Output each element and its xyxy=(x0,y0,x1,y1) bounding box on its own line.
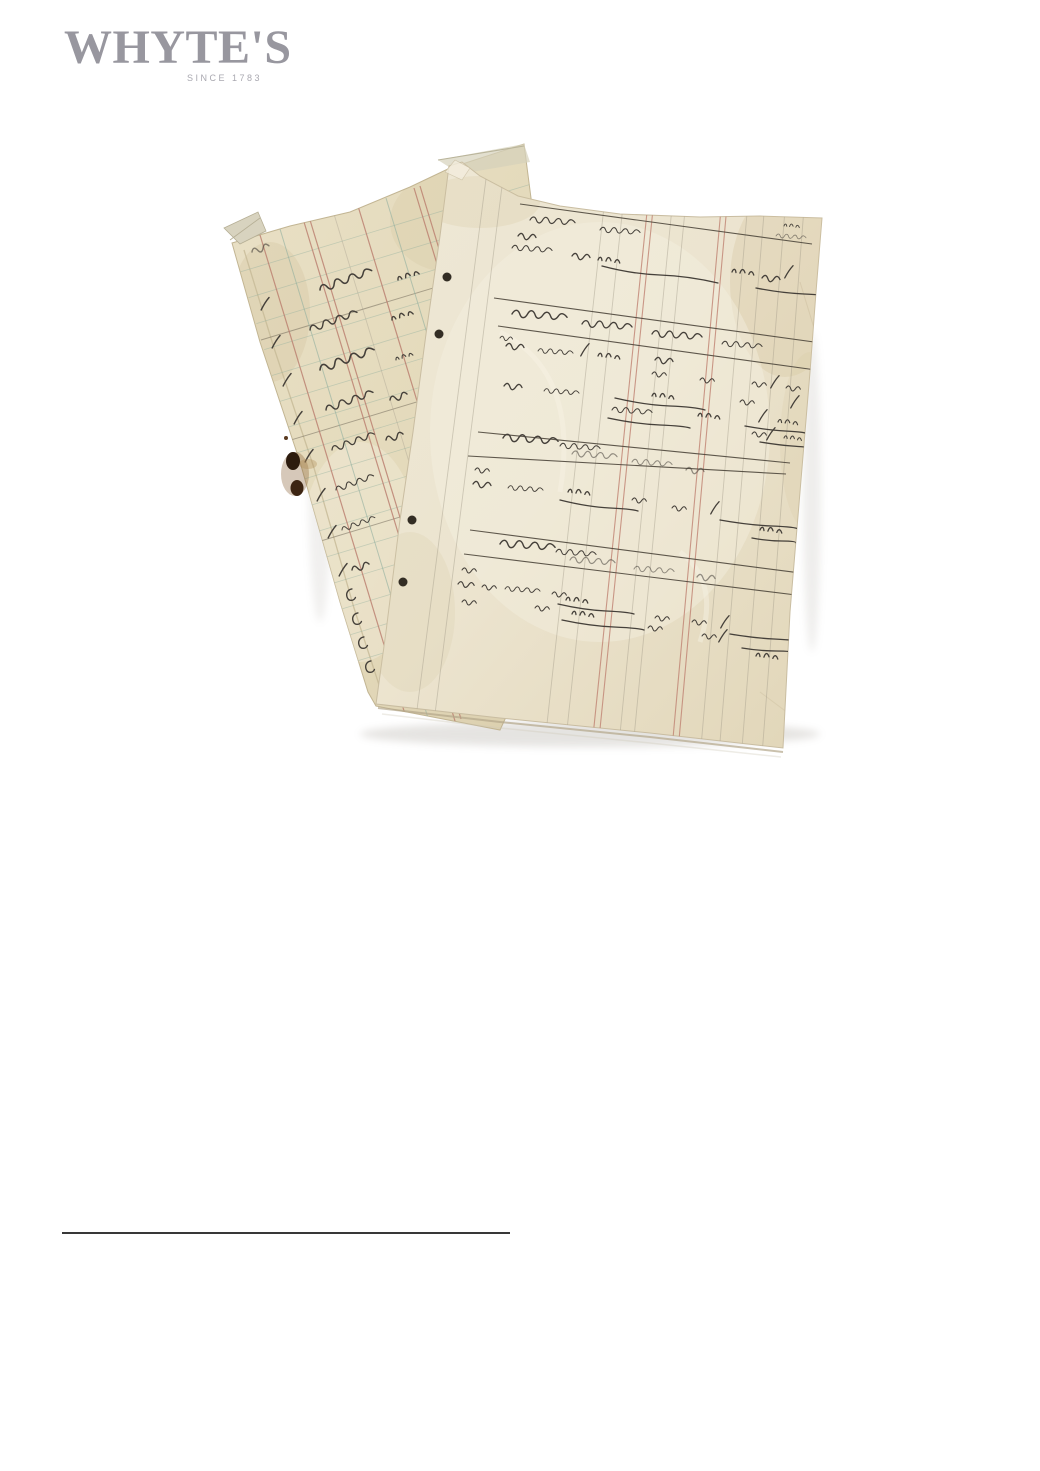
footer-divider xyxy=(62,1232,510,1234)
whytes-logo: WHYTE'S xyxy=(64,24,264,72)
catalog-page: WHYTE'S SINCE 1783 xyxy=(0,0,1040,1471)
ledger-pages-image xyxy=(200,132,840,772)
lot-photograph xyxy=(200,132,840,772)
brand-header: WHYTE'S SINCE 1783 xyxy=(64,24,264,83)
brand-tagline: SINCE 1783 xyxy=(64,73,264,83)
